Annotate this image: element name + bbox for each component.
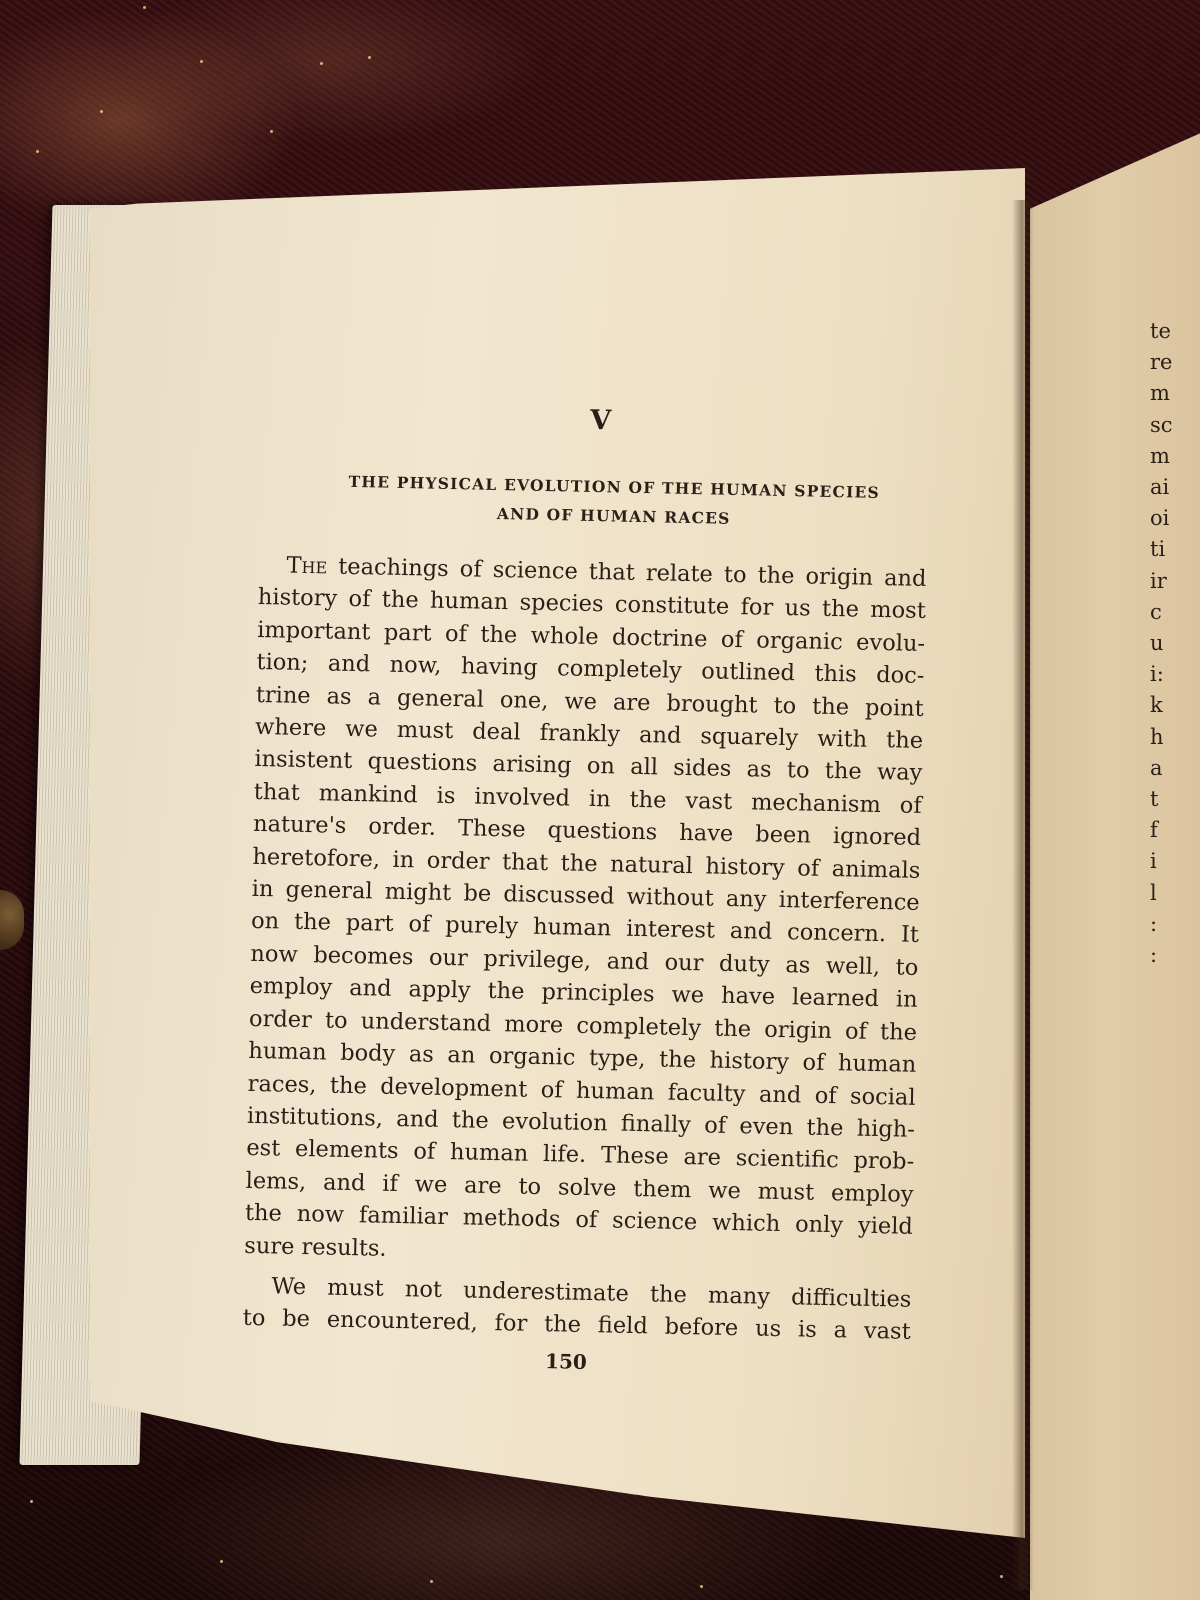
facing-line: oi	[1150, 503, 1200, 534]
facing-line: :	[1150, 940, 1200, 971]
sparkle	[220, 1560, 223, 1563]
book-clasp	[0, 890, 24, 950]
sparkle	[700, 1585, 703, 1588]
facing-page-text: te re m sc m ai oi ti ir c u i: k h a t …	[1150, 316, 1200, 971]
facing-line: m	[1150, 378, 1200, 409]
sparkle	[30, 1500, 33, 1503]
facing-line: te	[1150, 316, 1200, 347]
facing-line: u	[1150, 628, 1200, 659]
facing-line: i	[1150, 846, 1200, 877]
facing-line: re	[1150, 347, 1200, 378]
facing-line: ai	[1150, 472, 1200, 503]
facing-line: :	[1150, 909, 1200, 940]
facing-line: i:	[1150, 659, 1200, 690]
facing-line: ir	[1150, 566, 1200, 597]
chapter-title: THE PHYSICAL EVOLUTION OF THE HUMAN SPEC…	[299, 466, 928, 537]
facing-line: f	[1150, 815, 1200, 846]
facing-line: t	[1150, 784, 1200, 815]
sparkle	[1000, 1575, 1003, 1578]
page-text: V THE PHYSICAL EVOLUTION OF THE HUMAN SP…	[242, 398, 930, 1381]
sparkle	[200, 60, 203, 63]
sparkle	[430, 1580, 433, 1583]
sparkle	[270, 130, 273, 133]
facing-line: c	[1150, 597, 1200, 628]
facing-line: h	[1150, 722, 1200, 753]
sparkle	[320, 62, 323, 65]
facing-line: l	[1150, 878, 1200, 909]
sparkle	[36, 150, 39, 153]
facing-line: ti	[1150, 534, 1200, 565]
facing-line: a	[1150, 753, 1200, 784]
facing-line: m	[1150, 441, 1200, 472]
sparkle	[143, 6, 146, 9]
sparkle	[368, 56, 371, 59]
paragraph-1: The teachings of science that relate to …	[244, 549, 927, 1276]
facing-line: k	[1150, 690, 1200, 721]
book-gutter	[1012, 200, 1034, 1590]
sparkle	[100, 110, 103, 113]
facing-line: sc	[1150, 410, 1200, 441]
lead-small-caps: The	[286, 553, 327, 580]
paragraph-2: We must not underestimate the many diffi…	[242, 1270, 911, 1349]
